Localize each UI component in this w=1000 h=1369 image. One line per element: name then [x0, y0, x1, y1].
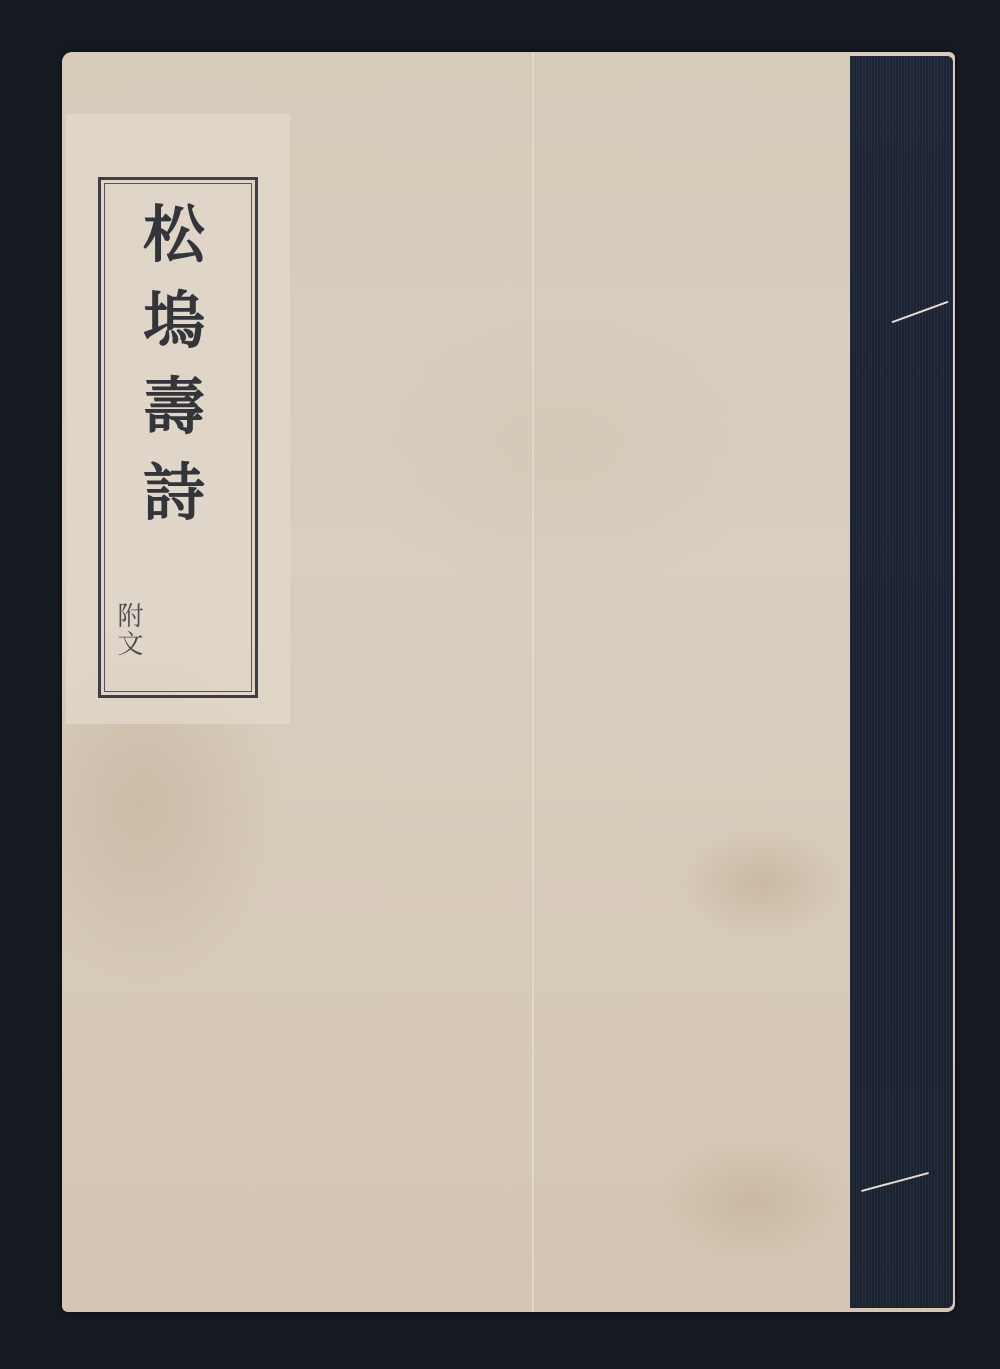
- title-char: 塢: [143, 278, 205, 364]
- book-title: 松 塢 壽 詩: [114, 192, 234, 536]
- title-char: 詩: [143, 450, 205, 536]
- title-char: 松: [143, 192, 205, 278]
- title-char: 壽: [143, 364, 205, 450]
- book-cover: 松 塢 壽 詩 附文: [62, 52, 955, 1312]
- spine-tear: [891, 301, 948, 323]
- spine-tear: [861, 1172, 929, 1192]
- title-annotation: 附文: [110, 602, 147, 658]
- book-spine: [850, 56, 953, 1308]
- paper-crease: [532, 52, 534, 1312]
